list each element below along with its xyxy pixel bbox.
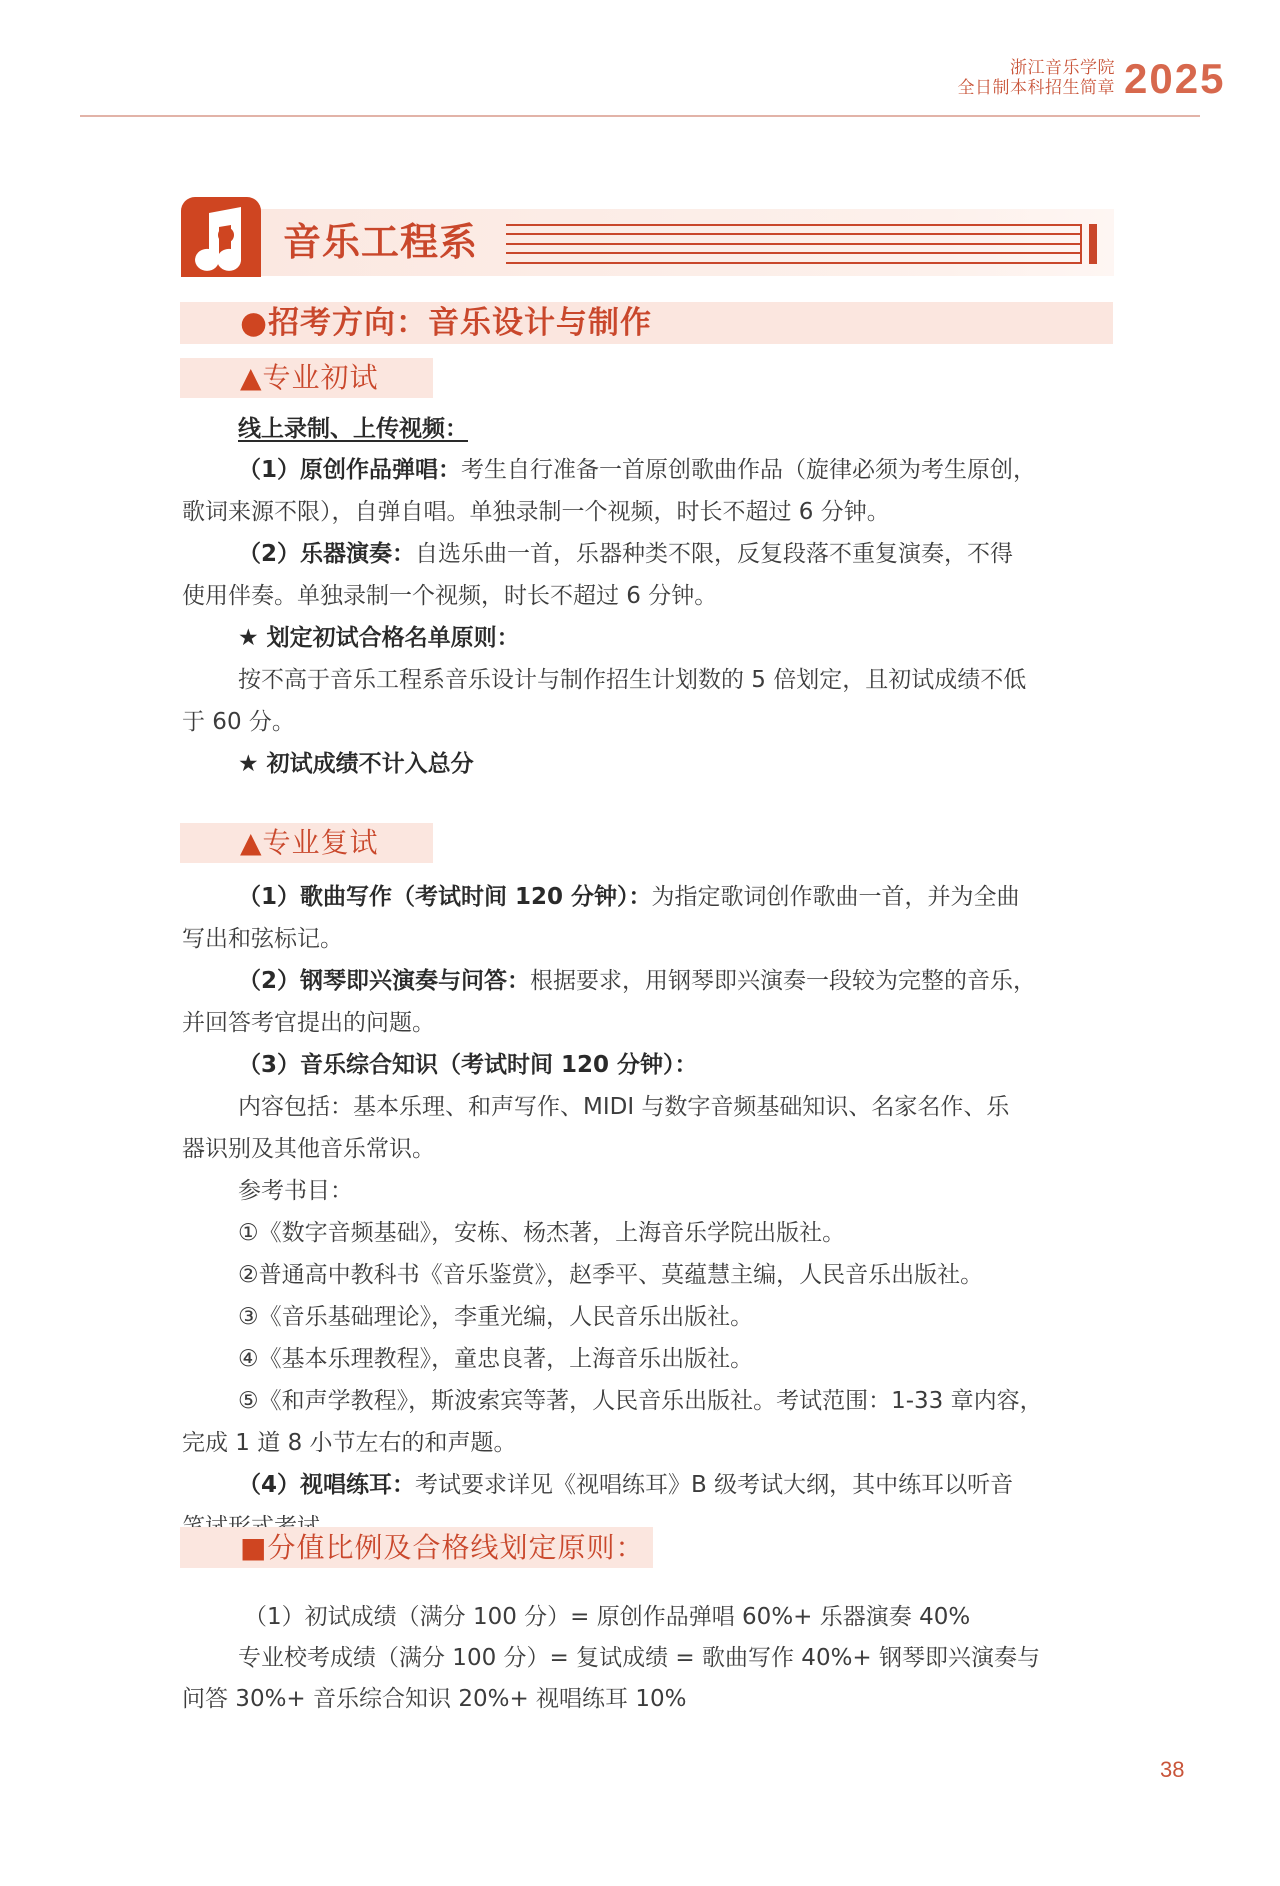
retest-heading: ▲专业复试 — [240, 824, 379, 862]
score-note: ★ 初试成绩不计入总分 — [182, 743, 1116, 785]
scoring-preliminary: （1）初试成绩（满分 100 分）= 原创作品弹唱 60%+ 乐器演奏 40% — [182, 1596, 1116, 1638]
references-label: 参考书目： — [182, 1170, 1116, 1212]
direction-heading: ●招考方向：音乐设计与制作 — [240, 303, 652, 343]
department-title: 音乐工程系 — [283, 218, 478, 266]
school-name: 浙江音乐学院 — [958, 58, 1116, 78]
music-staff-decoration — [506, 224, 1082, 264]
scoring-heading: ■分值比例及合格线划定原则： — [240, 1529, 644, 1567]
knowledge-content-cont: 器识别及其他音乐常识。 — [182, 1128, 1116, 1170]
square-icon: ■ — [240, 1531, 267, 1564]
prelim-item-1-cont: 歌词来源不限），自弹自唱。单独录制一个视频，时长不超过 6 分钟。 — [182, 491, 1116, 533]
music-note-icon — [181, 197, 261, 277]
bullet-icon: ● — [240, 305, 268, 341]
brochure-title: 全日制本科招生简章 — [958, 78, 1116, 98]
staff-end-barline — [1089, 224, 1097, 264]
prelim-item-2: （2）乐器演奏：自选乐曲一首，乐器种类不限，反复段落不重复演奏，不得 — [182, 533, 1116, 575]
page-number: 38 — [1160, 1757, 1184, 1783]
prelim-item-1: （1）原创作品弹唱：考生自行准备一首原创歌曲作品（旋律必须为考生原创， — [182, 449, 1116, 491]
reference-item: ①《数字音频基础》，安栋、杨杰著，上海音乐学院出版社。 — [182, 1212, 1116, 1254]
retest-item-2-cont: 并回答考官提出的问题。 — [182, 1002, 1116, 1044]
reference-item-cont: 完成 1 道 8 小节左右的和声题。 — [182, 1422, 1116, 1464]
rule-heading: ★ 划定初试合格名单原则： — [182, 617, 1116, 659]
rule-text: 按不高于音乐工程系音乐设计与制作招生计划数的 5 倍划定，且初试成绩不低 — [182, 659, 1116, 701]
reference-item: ④《基本乐理教程》，童忠良著，上海音乐出版社。 — [182, 1338, 1116, 1380]
prelim-item-2-cont: 使用伴奏。单独录制一个视频，时长不超过 6 分钟。 — [182, 575, 1116, 617]
retest-item-3: （3）音乐综合知识（考试时间 120 分钟）： — [182, 1044, 1116, 1086]
retest-item-2: （2）钢琴即兴演奏与问答：根据要求，用钢琴即兴演奏一段较为完整的音乐， — [182, 960, 1116, 1002]
reference-item: ③《音乐基础理论》，李重光编，人民音乐出版社。 — [182, 1296, 1116, 1338]
mode-label: 线上录制、上传视频： — [182, 408, 1116, 450]
triangle-icon: ▲ — [240, 826, 263, 859]
scoring-final-cont: 问答 30%+ 音乐综合知识 20%+ 视唱练耳 10% — [182, 1678, 1116, 1720]
header-divider — [80, 115, 1200, 117]
retest-item-1-cont: 写出和弦标记。 — [182, 918, 1116, 960]
brochure-year: 2025 — [1124, 56, 1225, 102]
triangle-icon: ▲ — [240, 361, 263, 394]
preliminary-heading: ▲专业初试 — [240, 359, 379, 397]
brochure-header: 浙江音乐学院 全日制本科招生简章 — [958, 58, 1116, 98]
reference-item: ②普通高中教科书《音乐鉴赏》，赵季平、莫蕴慧主编，人民音乐出版社。 — [182, 1254, 1116, 1296]
reference-item: ⑤《和声学教程》，斯波索宾等著，人民音乐出版社。考试范围：1-33 章内容， — [182, 1380, 1116, 1422]
scoring-final: 专业校考成绩（满分 100 分）= 复试成绩 = 歌曲写作 40%+ 钢琴即兴演… — [182, 1637, 1116, 1679]
knowledge-content: 内容包括：基本乐理、和声写作、MIDI 与数字音频基础知识、名家名作、乐 — [182, 1086, 1116, 1128]
retest-item-4: （4）视唱练耳：考试要求详见《视唱练耳》B 级考试大纲，其中练耳以听音 — [182, 1464, 1116, 1506]
retest-item-1: （1）歌曲写作（考试时间 120 分钟）：为指定歌词创作歌曲一首，并为全曲 — [182, 876, 1116, 918]
rule-text-cont: 于 60 分。 — [182, 701, 1116, 743]
